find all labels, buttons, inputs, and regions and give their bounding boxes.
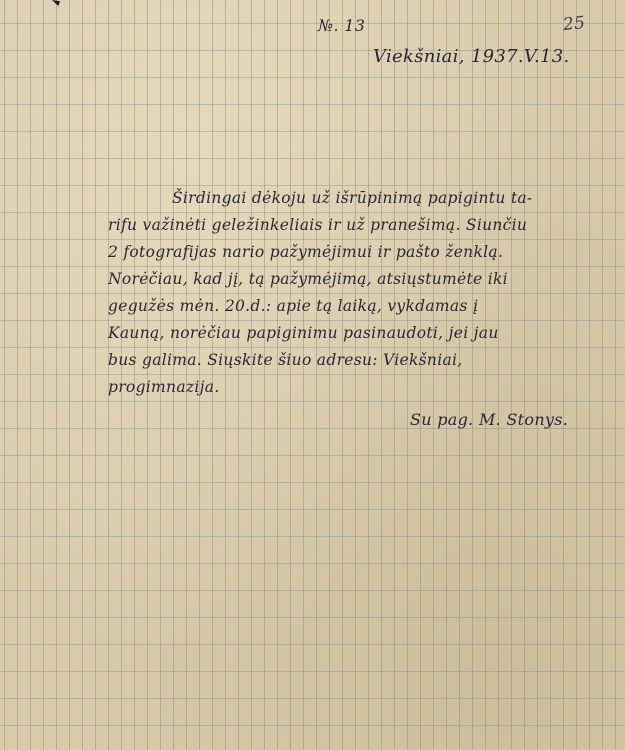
body-line: progimnazija. — [108, 374, 532, 401]
signature: Su pag. M. Stonys. — [410, 410, 568, 429]
letter-number: №. 13 — [318, 16, 365, 35]
letter-body: Širdingai dėkoju už išrūpinimą papigintu… — [108, 185, 532, 401]
body-line: Širdingai dėkoju už išrūpinimą papigintu… — [108, 185, 532, 212]
body-line: Kauną, norėčiau papiginimu pasinaudoti, … — [108, 320, 532, 347]
body-line: Norėčiau, kad jį, tą pažymėjimą, atsiųst… — [108, 266, 532, 293]
body-line: bus galima. Siųskite šiuo adresu: Viekšn… — [108, 347, 532, 374]
body-line: rifu važinėti geležinkeliais ir už prane… — [108, 212, 532, 239]
folio-number: 25 — [562, 13, 586, 35]
ink-mark — [52, 0, 60, 6]
body-line: gegužės mėn. 20.d.: apie tą laiką, vykda… — [108, 293, 532, 320]
letter-page: №. 13 25 Viekšniai, 1937.V.13. Širdingai… — [0, 0, 625, 750]
place-and-date: Viekšniai, 1937.V.13. — [373, 46, 570, 67]
body-line: 2 fotografijas nario pažymėjimui ir pašt… — [108, 239, 532, 266]
